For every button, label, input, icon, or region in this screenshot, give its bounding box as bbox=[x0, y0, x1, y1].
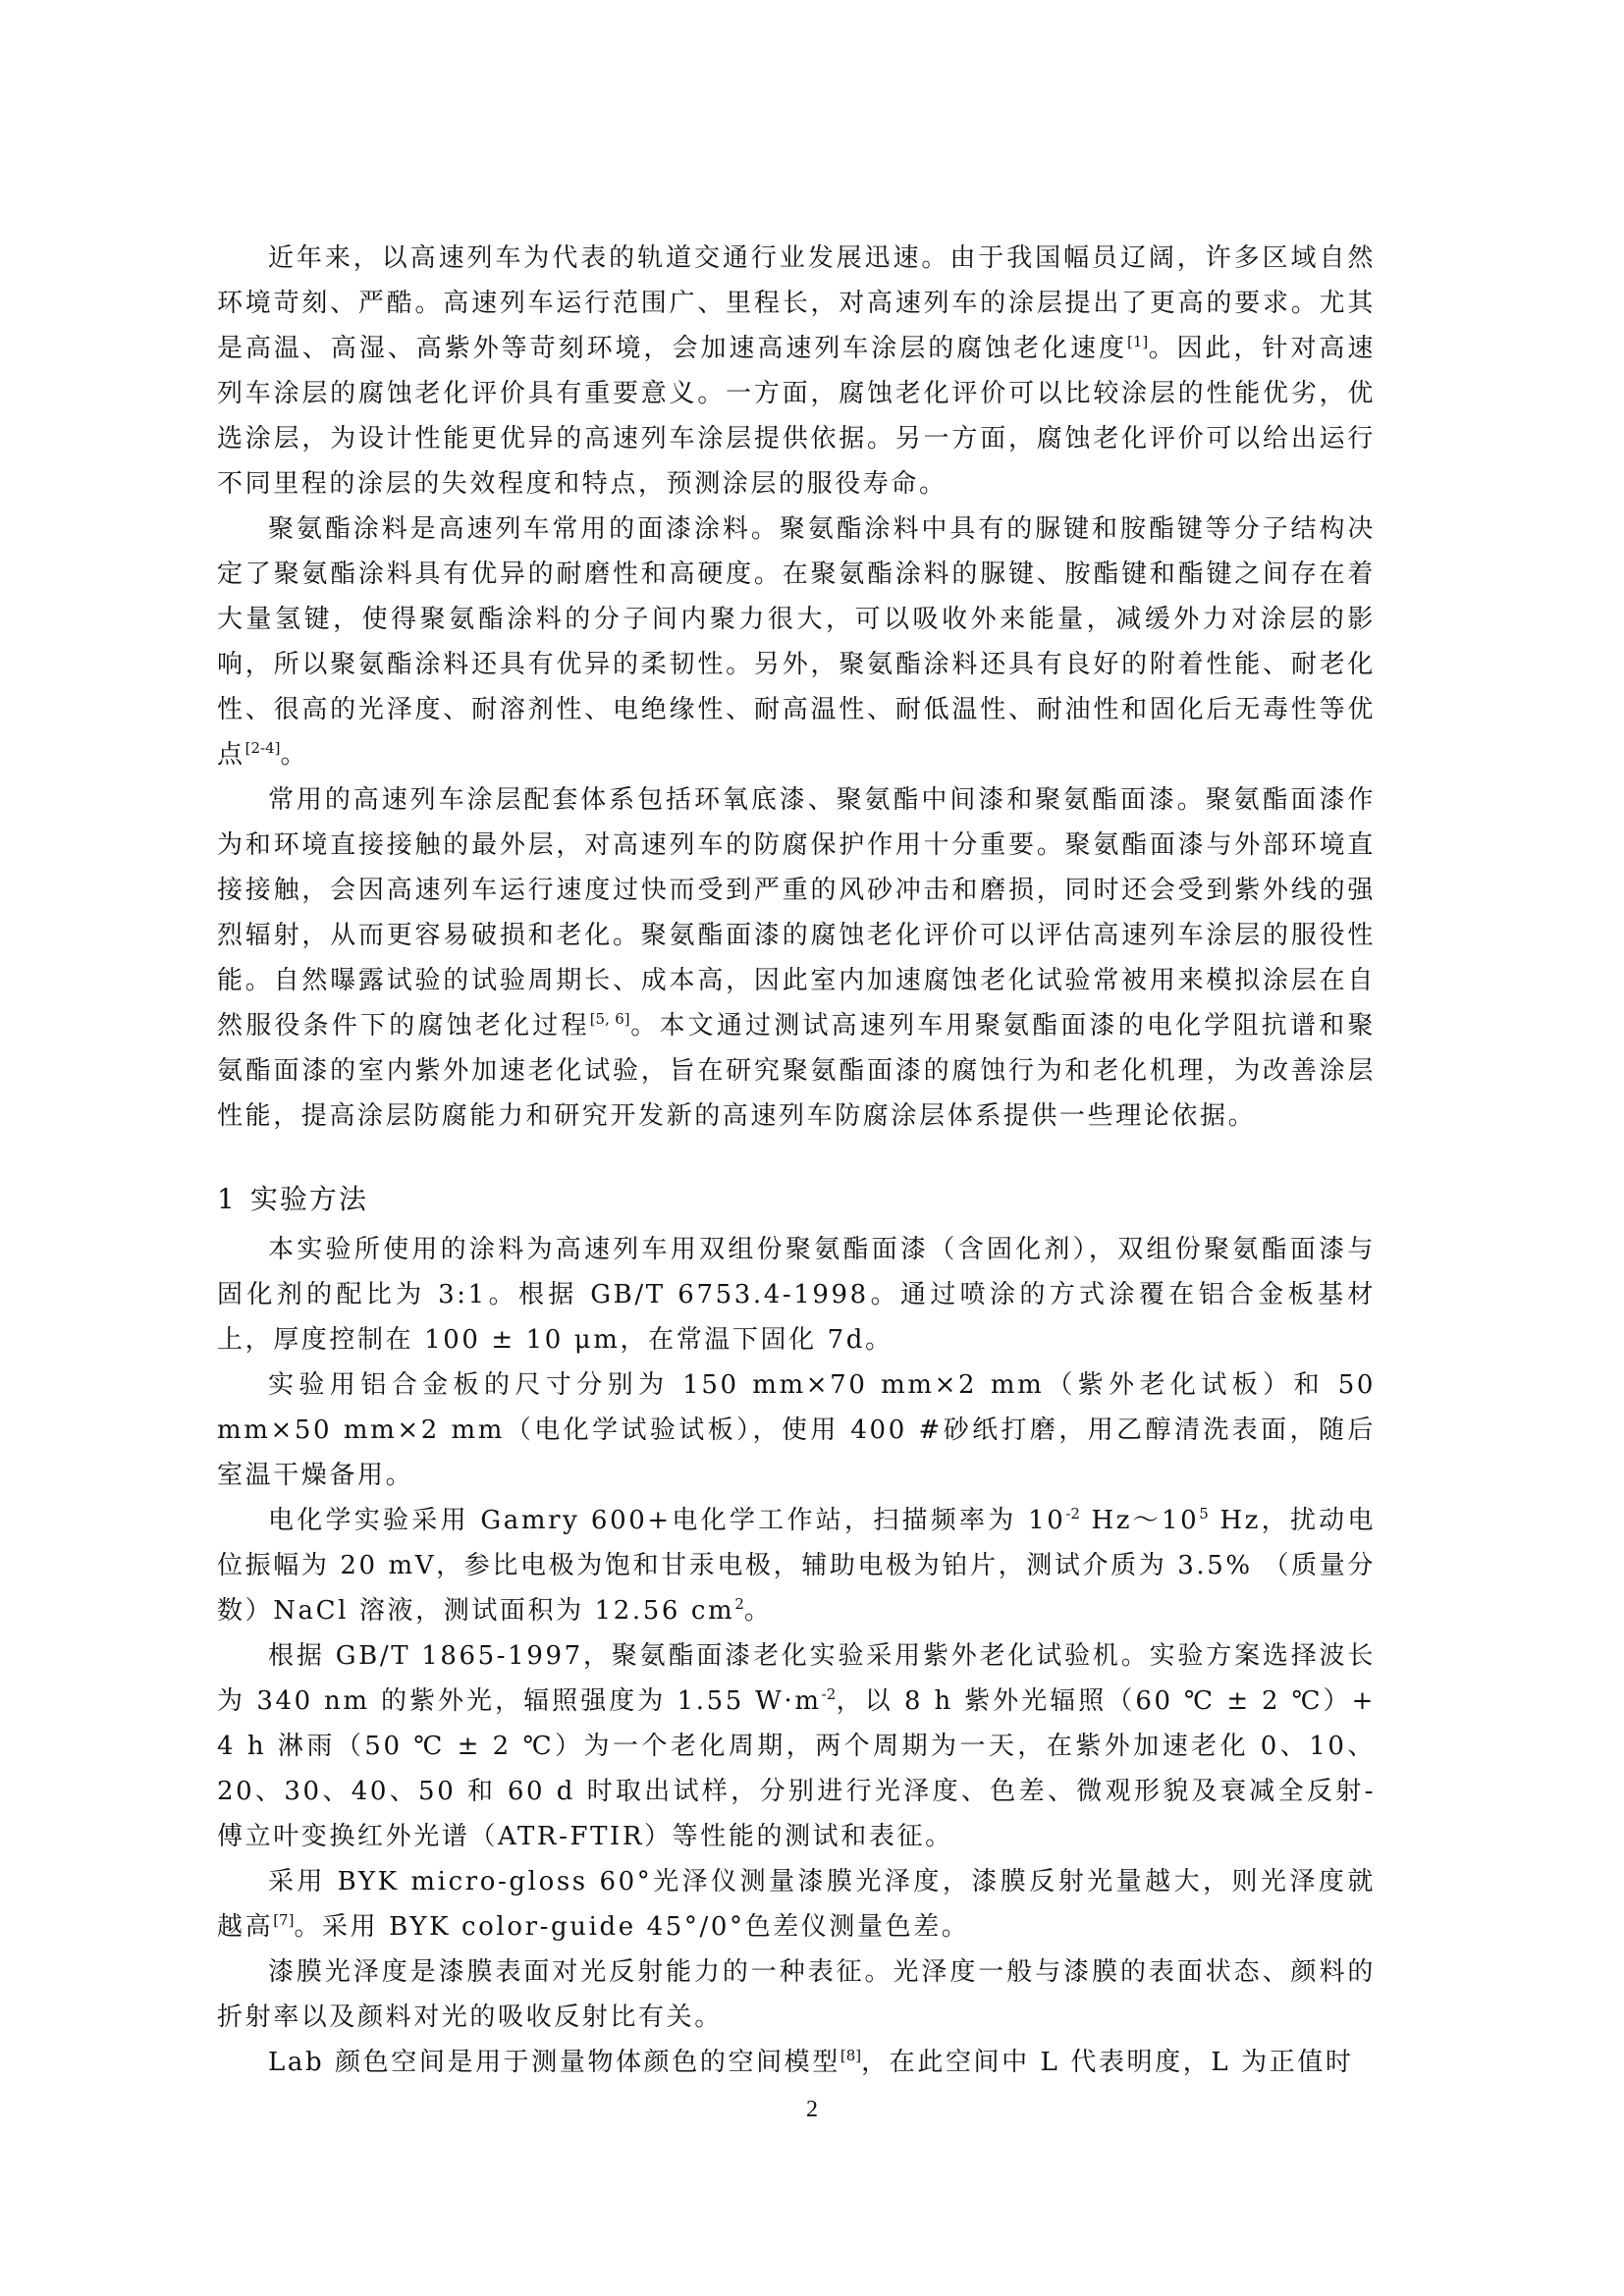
text-segment: 。采用 BYK color-guide 45°/0°色差仪测量色差。 bbox=[294, 1912, 969, 1942]
intro-paragraph-2: 聚氨酯涂料是高速列车常用的面漆涂料。聚氨酯涂料中具有的脲键和胺酯键等分子结构决定… bbox=[217, 507, 1376, 777]
intro-paragraph-1: 近年来，以高速列车为代表的轨道交通行业发展迅速。由于我国幅员辽阔，许多区域自然环… bbox=[217, 236, 1376, 507]
page-body: 近年来，以高速列车为代表的轨道交通行业发展迅速。由于我国幅员辽阔，许多区域自然环… bbox=[217, 236, 1376, 2085]
intro-paragraph-3: 常用的高速列车涂层配套体系包括环氧底漆、聚氨酯中间漆和聚氨酯面漆。聚氨酯面漆作为… bbox=[217, 777, 1376, 1139]
text-segment: 。 bbox=[744, 1596, 773, 1626]
text-segment: 聚氨酯涂料是高速列车常用的面漆涂料。聚氨酯涂料中具有的脲键和胺酯键等分子结构决定… bbox=[217, 514, 1376, 770]
section-number: 1 bbox=[217, 1183, 237, 1215]
text-segment: 电化学实验采用 Gamry 600+电化学工作站，扫描频率为 10 bbox=[268, 1506, 1065, 1535]
text-segment: Lab 颜色空间是用于测量物体颜色的空间模型 bbox=[268, 2048, 840, 2077]
exponent: -2 bbox=[822, 1685, 837, 1703]
section-heading: 1实验方法 bbox=[217, 1172, 1376, 1227]
text-segment: 漆膜光泽度是漆膜表面对光反射能力的一种表征。光泽度一般与漆膜的表面状态、颜料的折… bbox=[217, 1957, 1376, 2032]
text-segment: 实验用铝合金板的尺寸分别为 150 mm×70 mm×2 mm（紫外老化试板）和… bbox=[217, 1370, 1376, 1490]
text-segment: Hz～10 bbox=[1080, 1506, 1199, 1535]
text-segment: ，在此空间中 L 代表明度，L 为正值时 bbox=[861, 2048, 1353, 2077]
citation-ref: [1] bbox=[1127, 333, 1148, 350]
methods-paragraph-3: 电化学实验采用 Gamry 600+电化学工作站，扫描频率为 10-2 Hz～1… bbox=[217, 1498, 1376, 1633]
exponent: 5 bbox=[1199, 1505, 1209, 1522]
methods-paragraph-2: 实验用铝合金板的尺寸分别为 150 mm×70 mm×2 mm（紫外老化试板）和… bbox=[217, 1362, 1376, 1498]
methods-paragraph-5: 采用 BYK micro-gloss 60°光泽仪测量漆膜光泽度，漆膜反射光量越… bbox=[217, 1859, 1376, 1949]
citation-ref: [2-4] bbox=[245, 739, 281, 757]
methods-paragraph-7: Lab 颜色空间是用于测量物体颜色的空间模型[8]，在此空间中 L 代表明度，L… bbox=[217, 2040, 1376, 2085]
citation-ref: [5, 6] bbox=[590, 1010, 630, 1028]
methods-paragraph-6: 漆膜光泽度是漆膜表面对光反射能力的一种表征。光泽度一般与漆膜的表面状态、颜料的折… bbox=[217, 1949, 1376, 2040]
methods-paragraph-1: 本实验所使用的涂料为高速列车用双组份聚氨酯面漆（含固化剂），双组份聚氨酯面漆与固… bbox=[217, 1227, 1376, 1362]
exponent: -2 bbox=[1065, 1505, 1080, 1522]
text-segment: 本实验所使用的涂料为高速列车用双组份聚氨酯面漆（含固化剂），双组份聚氨酯面漆与固… bbox=[217, 1235, 1376, 1355]
text-segment: 。 bbox=[280, 740, 308, 770]
exponent: 2 bbox=[734, 1595, 744, 1613]
text-segment: 常用的高速列车涂层配套体系包括环氧底漆、聚氨酯中间漆和聚氨酯面漆。聚氨酯面漆作为… bbox=[217, 785, 1376, 1041]
page-number: 2 bbox=[0, 2097, 1624, 2123]
citation-ref: [8] bbox=[840, 2047, 861, 2064]
methods-paragraph-4: 根据 GB/T 1865-1997，聚氨酯面漆老化实验采用紫外老化试验机。实验方… bbox=[217, 1633, 1376, 1859]
section-title: 实验方法 bbox=[250, 1183, 368, 1215]
citation-ref: [7] bbox=[273, 1911, 294, 1929]
